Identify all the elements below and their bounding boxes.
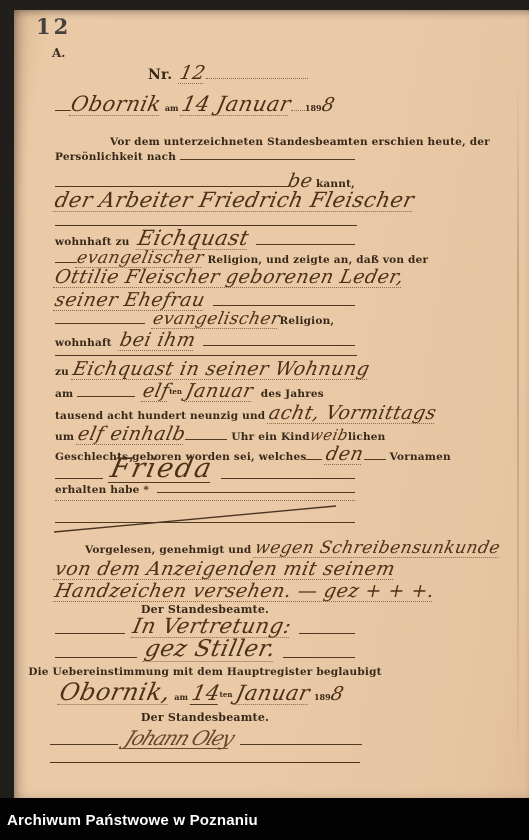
official-signature: Johann Oley — [122, 728, 237, 749]
of-year-label: des Jahres — [261, 389, 324, 400]
page-number-stamp: 12 — [36, 14, 71, 39]
birth-day-value: elf — [141, 382, 171, 402]
closing-line-3: Handzeichen versehen. — gez + + +. — [55, 582, 355, 602]
deputy-text: In Vertretung: — [131, 616, 294, 638]
certification-year-suffix: 8 — [329, 685, 346, 704]
birth-month-value: Januar — [184, 382, 255, 402]
um-label: um — [55, 432, 74, 443]
religion-label-2: Religion, — [279, 316, 334, 327]
mother-line: Ottilie Fleischer geborenen Leder, — [55, 268, 355, 288]
certification-date-line: Obornik, am 14 ten Januar 189 8 — [60, 680, 350, 705]
record-number-line: Nr. 12 — [148, 64, 308, 84]
uhr-kind-printed: Uhr ein Kind — [231, 432, 309, 443]
birth-year-handwritten: acht, Vormittags — [267, 404, 438, 424]
archival-scan-page: { "archive_bar": { "label": "Archiwum Pa… — [0, 0, 529, 840]
am-label: am — [165, 104, 179, 112]
opening-text: Vor dem unterzeichneten Standesbeamten e… — [110, 137, 490, 148]
record-number-value: 12 — [178, 64, 207, 84]
religion-printed: Religion, und zeigte an, daß von der — [207, 255, 428, 266]
religion-line-2: evangelischer Religion, — [55, 311, 355, 329]
certification-printed: Die Uebereinstimmung mit dem Hauptregist… — [28, 667, 381, 678]
residence-line-2: wohnhaft bei ihm — [55, 331, 355, 351]
birthplace-value: Eichquast in seiner Wohnung — [71, 360, 372, 380]
birth-time-value: elf einhalb — [76, 425, 188, 445]
diagonal-strike-line — [50, 498, 342, 538]
certification-am: am — [174, 693, 188, 701]
identity-label: Persönlichkeit nach — [55, 152, 176, 163]
closing-hw-2: von dem Anzeigenden mit seinem — [53, 560, 397, 580]
deputy-line: In Vertretung: — [55, 616, 355, 638]
residence-value: Eichquast — [135, 228, 250, 250]
certification-month: Januar — [234, 683, 312, 705]
birthplace-line: zu Eichquast in seiner Wohnung — [55, 360, 355, 380]
closing-hw-1: wegen Schreibensunkunde — [254, 540, 503, 558]
certification-year-printed: 189 — [314, 693, 331, 701]
residence2-value: bei ihm — [118, 331, 198, 351]
declarant-line: der Arbeiter Friedrich Fleischer — [55, 190, 355, 212]
residence-line: wohnhaft zu Eichquast — [55, 228, 355, 250]
certification-ten: ten — [220, 691, 233, 698]
signed-text: gez Stiller. — [142, 638, 277, 662]
mother-religion: evangelischer — [151, 311, 281, 329]
closing-hw-3: Handzeichen versehen. — gez + + +. — [53, 582, 437, 602]
birth-day-line: am elf ten Januar des Jahres — [55, 382, 355, 402]
page-fold-crease — [517, 70, 519, 778]
opening-clause: Vor dem unterzeichneten Standesbeamten e… — [110, 137, 350, 148]
registrar-title-line-2: Der Standesbeamte. — [55, 712, 355, 723]
registrar-title-2: Der Standesbeamte. — [141, 712, 269, 723]
vorgelesen-printed: Vorgelesen, genehmigt und — [85, 545, 251, 556]
sex-handwritten: weib — [308, 428, 349, 443]
declarant-name: der Arbeiter Friedrich Fleischer — [53, 190, 417, 212]
certification-day: 14 — [190, 683, 222, 705]
mother-name: Ottilie Fleischer geborenen Leder, — [53, 268, 406, 288]
vorgelesen-line: Vorgelesen, genehmigt und wegen Schreibe… — [85, 540, 357, 558]
birth-year-line: tausend acht hundert neunzig und acht, V… — [55, 404, 355, 424]
signed-line: gez Stiller. — [55, 638, 355, 662]
birth-time-line: um elf einhalb Uhr ein Kind weib lichen — [55, 425, 355, 445]
record-date: 14 Januar — [180, 94, 293, 116]
certification-place: Obornik, — [57, 680, 173, 705]
section-divider-rule — [55, 355, 357, 356]
record-number-label: Nr. — [148, 68, 172, 82]
erhalten-printed: erhalten habe * — [55, 485, 149, 496]
birth-am-label: am — [55, 389, 73, 400]
mother-relation-line: seiner Ehefrau — [55, 291, 355, 311]
certification-printed-line: Die Uebereinstimmung mit dem Hauptregist… — [55, 667, 355, 678]
ten-suffix: ten — [169, 388, 182, 395]
official-signature-line: Johann Oley — [50, 728, 362, 749]
year-printed: 189 — [305, 104, 322, 112]
vornamen-printed: Vornamen — [390, 452, 451, 463]
erhalten-line: erhalten habe * — [55, 485, 355, 496]
zu-label: zu — [55, 367, 69, 378]
residence-label: wohnhaft zu — [55, 237, 130, 248]
bottom-rule — [50, 762, 360, 763]
first-name-line: Frieda — [55, 455, 355, 483]
identity-line: Persönlichkeit nach — [55, 152, 355, 163]
mother-relation: seiner Ehefrau — [53, 291, 207, 311]
record-place: Obornik — [69, 94, 163, 116]
form-letter: A. — [52, 46, 66, 60]
birth-year-printed: tausend acht hundert neunzig und — [55, 411, 265, 422]
residence2-label: wohnhaft — [55, 338, 112, 349]
archive-watermark: Archiwum Państwowe w Poznaniu — [7, 812, 258, 829]
first-name-value: Frieda — [108, 455, 216, 483]
record-date-line: Obornik am 14 Januar 189 8 — [55, 94, 317, 116]
closing-line-2: von dem Anzeigenden mit seinem — [55, 560, 355, 580]
lichen-printed: lichen — [348, 432, 386, 443]
